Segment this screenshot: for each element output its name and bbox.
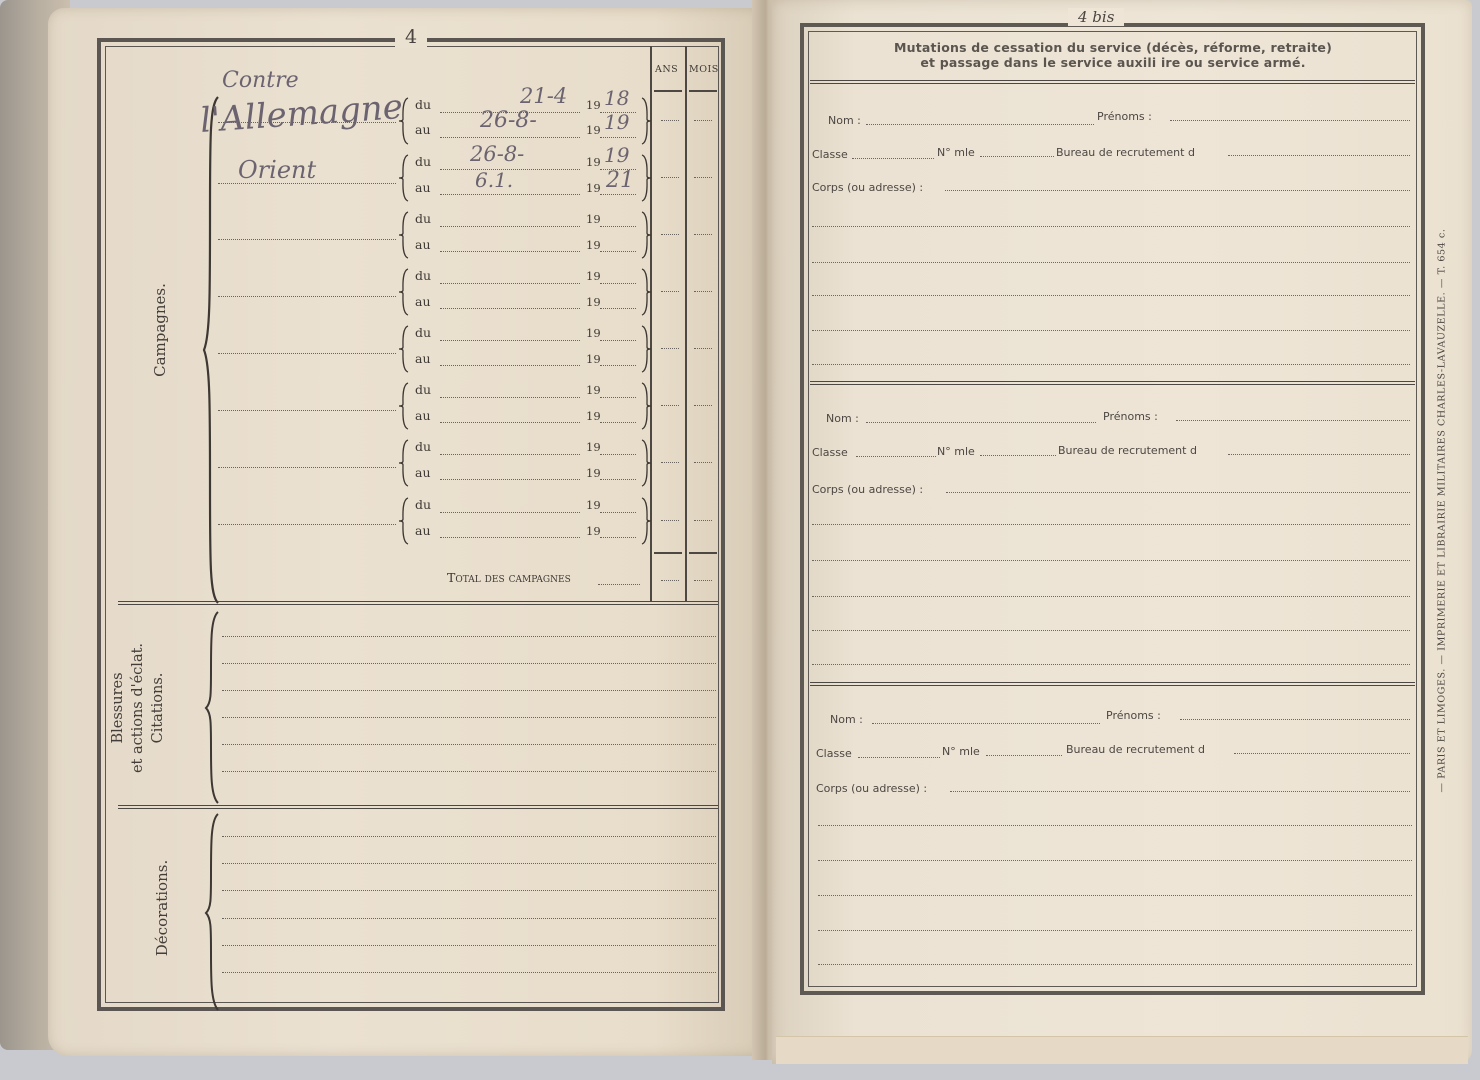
wounds-brace-icon: [203, 610, 223, 805]
to-date-field[interactable]: [440, 537, 580, 538]
au-label: au: [415, 122, 431, 137]
to-date-field[interactable]: [440, 365, 580, 366]
corps-field[interactable]: [950, 791, 1410, 792]
to-date-value: 26-8-: [480, 108, 537, 133]
bureau-field[interactable]: [1228, 155, 1410, 156]
extra-line[interactable]: [812, 364, 1410, 365]
mois-cell[interactable]: [694, 520, 712, 521]
to-date-field[interactable]: [440, 137, 580, 138]
total-campaigns-label: Total des campagnes: [447, 570, 571, 585]
bureau-field[interactable]: [1234, 753, 1410, 754]
extra-line[interactable]: [812, 295, 1410, 296]
to-year-field[interactable]: [600, 422, 636, 423]
au-label: au: [415, 408, 431, 423]
mois-cell[interactable]: [694, 348, 712, 349]
mois-cell[interactable]: [694, 405, 712, 406]
page-number-left: 4: [395, 26, 427, 48]
to-date-field[interactable]: [440, 308, 580, 309]
classe-field[interactable]: [856, 456, 936, 457]
ans-cell[interactable]: [661, 291, 679, 292]
classe-label: Classe: [812, 148, 848, 161]
corps-field[interactable]: [946, 492, 1410, 493]
au-label: au: [415, 523, 431, 538]
campaign-place-field[interactable]: [218, 467, 396, 468]
to-date-field[interactable]: [440, 479, 580, 480]
year-prefix: 19: [586, 269, 601, 283]
ans-cell[interactable]: [661, 462, 679, 463]
extra-line[interactable]: [818, 825, 1412, 826]
nom-field[interactable]: [866, 422, 1096, 423]
du-label: du: [415, 268, 431, 283]
section-label-wounds: Blessures et actions d'éclat. Citations.: [60, 600, 260, 800]
year-prefix: 19: [586, 498, 601, 512]
prenoms-field[interactable]: [1180, 719, 1410, 720]
ans-total-rule: [654, 552, 682, 554]
from-date-value: 21-4: [520, 84, 567, 108]
year-prefix: 19: [586, 155, 601, 169]
row-close-brace-icon: [640, 382, 652, 430]
nom-field[interactable]: [872, 723, 1100, 724]
matricule-label: N° mle: [942, 745, 980, 758]
from-year-field[interactable]: [600, 397, 636, 398]
row-open-brace-icon: [398, 97, 410, 145]
column-header-ans: ANS: [655, 64, 678, 75]
classe-label: Classe: [816, 747, 852, 760]
campaign-place-field[interactable]: [218, 410, 396, 411]
to-date-value: 6.1.: [475, 168, 513, 192]
extra-line[interactable]: [818, 930, 1412, 931]
au-label: au: [415, 465, 431, 480]
year-prefix: 19: [586, 326, 601, 340]
year-prefix: 19: [586, 409, 601, 423]
du-label: du: [415, 211, 431, 226]
handwritten-header: Contre: [222, 68, 299, 93]
row-open-brace-icon: [398, 325, 410, 373]
row-open-brace-icon: [398, 211, 410, 259]
from-date-field[interactable]: [440, 340, 580, 341]
row-close-brace-icon: [640, 97, 652, 145]
prenoms-label: Prénoms :: [1103, 410, 1158, 423]
corps-label: Corps (ou adresse) :: [816, 782, 927, 795]
nom-label: Nom :: [828, 114, 861, 127]
from-year-value: 18: [604, 86, 629, 110]
au-label: au: [415, 294, 431, 309]
from-date-field[interactable]: [440, 512, 580, 513]
from-year-field[interactable]: [600, 340, 636, 341]
corps-label: Corps (ou adresse) :: [812, 181, 923, 194]
campaign-place-field[interactable]: [218, 239, 396, 240]
campaign-place-field[interactable]: [218, 353, 396, 354]
mois-underline: [689, 90, 717, 92]
prenoms-label: Prénoms :: [1106, 709, 1161, 722]
section-label-decorations: Décorations.: [152, 808, 172, 1008]
from-year-field[interactable]: [600, 226, 636, 227]
ans-underline: [654, 90, 682, 92]
decorations-line[interactable]: [222, 836, 716, 837]
du-label: du: [415, 497, 431, 512]
wounds-line[interactable]: [222, 690, 716, 691]
extra-line[interactable]: [812, 664, 1410, 665]
du-label: du: [415, 382, 431, 397]
bureau-field[interactable]: [1228, 454, 1410, 455]
handwritten-place: Orient: [238, 156, 316, 184]
printer-imprint-text: — PARIS ET LIMOGES. — IMPRIMERIE ET LIBR…: [1437, 146, 1448, 876]
du-label: du: [415, 154, 431, 169]
corps-field[interactable]: [945, 190, 1410, 191]
from-year-value: 19: [604, 143, 629, 167]
open-military-booklet: 4 ANS MOIS Campagnes. Blessures et actio…: [0, 0, 1480, 1080]
section-label-campaigns: Campagnes.: [150, 210, 170, 450]
from-year-field[interactable]: [600, 454, 636, 455]
au-label: au: [415, 237, 431, 252]
decorations-line[interactable]: [222, 972, 716, 973]
to-date-field[interactable]: [440, 422, 580, 423]
to-year-value: 21: [606, 168, 634, 193]
year-prefix: 19: [586, 352, 601, 366]
section-divider-wounds: [118, 805, 718, 809]
du-label: du: [415, 97, 431, 112]
right-page-title: Mutations de cessation du service (décès…: [812, 40, 1414, 70]
ans-cell[interactable]: [661, 348, 679, 349]
to-year-field[interactable]: [600, 194, 636, 195]
year-prefix: 19: [586, 466, 601, 480]
au-label: au: [415, 351, 431, 366]
year-prefix: 19: [586, 212, 601, 226]
matricule-field[interactable]: [980, 455, 1056, 456]
extra-line[interactable]: [818, 964, 1412, 965]
decorations-line[interactable]: [222, 890, 716, 891]
row-open-brace-icon: [398, 382, 410, 430]
row-close-brace-icon: [640, 439, 652, 487]
from-date-field[interactable]: [440, 226, 580, 227]
to-date-field[interactable]: [440, 194, 580, 195]
matricule-label: N° mle: [937, 146, 975, 159]
row-close-brace-icon: [640, 211, 652, 259]
mois-cell[interactable]: [694, 462, 712, 463]
row-open-brace-icon: [398, 497, 410, 545]
wounds-line[interactable]: [222, 717, 716, 718]
extra-line[interactable]: [812, 524, 1410, 525]
row-close-brace-icon: [640, 154, 652, 202]
to-year-field[interactable]: [600, 308, 636, 309]
mois-cell[interactable]: [694, 120, 712, 121]
ans-total-cell[interactable]: [661, 580, 679, 581]
year-prefix: 19: [586, 383, 601, 397]
nom-field[interactable]: [866, 124, 1094, 125]
ans-cell[interactable]: [661, 177, 679, 178]
mois-total-cell[interactable]: [694, 580, 712, 581]
year-prefix: 19: [586, 181, 601, 195]
extra-line[interactable]: [818, 895, 1412, 896]
du-label: du: [415, 325, 431, 340]
to-year-field[interactable]: [600, 479, 636, 480]
page-number-right: 4 bis: [1068, 8, 1124, 26]
row-close-brace-icon: [640, 497, 652, 545]
campaign-place-field[interactable]: [218, 296, 396, 297]
block-divider: [810, 381, 1415, 385]
from-year-field[interactable]: [600, 512, 636, 513]
to-year-field[interactable]: [600, 365, 636, 366]
from-date-field[interactable]: [440, 397, 580, 398]
nom-label: Nom :: [830, 713, 863, 726]
from-date-field[interactable]: [440, 454, 580, 455]
row-close-brace-icon: [640, 325, 652, 373]
year-prefix: 19: [586, 440, 601, 454]
mois-cell[interactable]: [694, 177, 712, 178]
year-prefix: 19: [586, 123, 601, 137]
ans-cell[interactable]: [661, 120, 679, 121]
title-divider: [810, 80, 1415, 84]
to-year-field[interactable]: [600, 137, 636, 138]
bureau-label: Bureau de recrutement d: [1066, 743, 1205, 756]
total-dots: [598, 584, 640, 585]
from-date-field[interactable]: [440, 283, 580, 284]
extra-line[interactable]: [812, 226, 1410, 227]
extra-line[interactable]: [812, 560, 1410, 561]
ans-cell[interactable]: [661, 234, 679, 235]
extra-line[interactable]: [812, 630, 1410, 631]
wounds-line[interactable]: [222, 636, 716, 637]
from-date-value: 26-8-: [470, 142, 524, 166]
right-page-inner-frame: [808, 31, 1417, 987]
wounds-label-line2: et actions d'éclat.: [128, 598, 148, 818]
matricule-label: N° mle: [937, 445, 975, 458]
mois-column-divider: [685, 46, 687, 601]
campaign-place-field[interactable]: [218, 524, 396, 525]
from-year-field[interactable]: [600, 283, 636, 284]
wounds-line[interactable]: [222, 663, 716, 664]
title-line-2: et passage dans le service auxili ire ou…: [812, 55, 1414, 70]
corps-label: Corps (ou adresse) :: [812, 483, 923, 496]
decorations-line[interactable]: [222, 945, 716, 946]
year-prefix: 19: [586, 238, 601, 252]
decorations-line[interactable]: [222, 863, 716, 864]
extra-line[interactable]: [812, 262, 1410, 263]
decorations-brace-icon: [203, 812, 223, 1012]
ans-cell[interactable]: [661, 520, 679, 521]
nom-label: Nom :: [826, 412, 859, 425]
campaigns-brace-icon: [200, 95, 224, 605]
matricule-field[interactable]: [980, 156, 1054, 157]
classe-field[interactable]: [858, 757, 940, 758]
to-year-value: 19: [604, 110, 629, 134]
year-prefix: 19: [586, 524, 601, 538]
row-close-brace-icon: [640, 268, 652, 316]
year-prefix: 19: [586, 295, 601, 309]
classe-field[interactable]: [852, 158, 934, 159]
prenoms-field[interactable]: [1176, 420, 1410, 421]
row-open-brace-icon: [398, 268, 410, 316]
to-year-field[interactable]: [600, 251, 636, 252]
du-label: du: [415, 439, 431, 454]
page-bottom-edge: [776, 1036, 1468, 1064]
extra-line[interactable]: [812, 330, 1410, 331]
wounds-label-line1: Blessures: [108, 598, 128, 818]
mois-cell[interactable]: [694, 291, 712, 292]
prenoms-field[interactable]: [1170, 120, 1410, 121]
to-year-field[interactable]: [600, 537, 636, 538]
mois-total-rule: [689, 552, 717, 554]
bureau-label: Bureau de recrutement d: [1056, 146, 1195, 159]
wounds-label-line3: Citations.: [148, 598, 168, 818]
title-line-1: Mutations de cessation du service (décès…: [812, 40, 1414, 55]
au-label: au: [415, 180, 431, 195]
extra-line[interactable]: [818, 860, 1412, 861]
year-prefix: 19: [586, 98, 601, 112]
row-open-brace-icon: [398, 439, 410, 487]
column-header-mois: MOIS: [689, 64, 719, 75]
classe-label: Classe: [812, 446, 848, 459]
mois-cell[interactable]: [694, 234, 712, 235]
matricule-field[interactable]: [986, 755, 1062, 756]
ans-cell[interactable]: [661, 405, 679, 406]
extra-line[interactable]: [812, 596, 1410, 597]
printer-imprint: — PARIS ET LIMOGES. — IMPRIMERIE ET LIBR…: [1432, 150, 1452, 880]
bureau-label: Bureau de recrutement d: [1058, 444, 1197, 457]
block-divider: [810, 682, 1415, 686]
to-date-field[interactable]: [440, 251, 580, 252]
wounds-line[interactable]: [222, 744, 716, 745]
prenoms-label: Prénoms :: [1097, 110, 1152, 123]
row-open-brace-icon: [398, 154, 410, 202]
wounds-line[interactable]: [222, 771, 716, 772]
decorations-line[interactable]: [222, 918, 716, 919]
